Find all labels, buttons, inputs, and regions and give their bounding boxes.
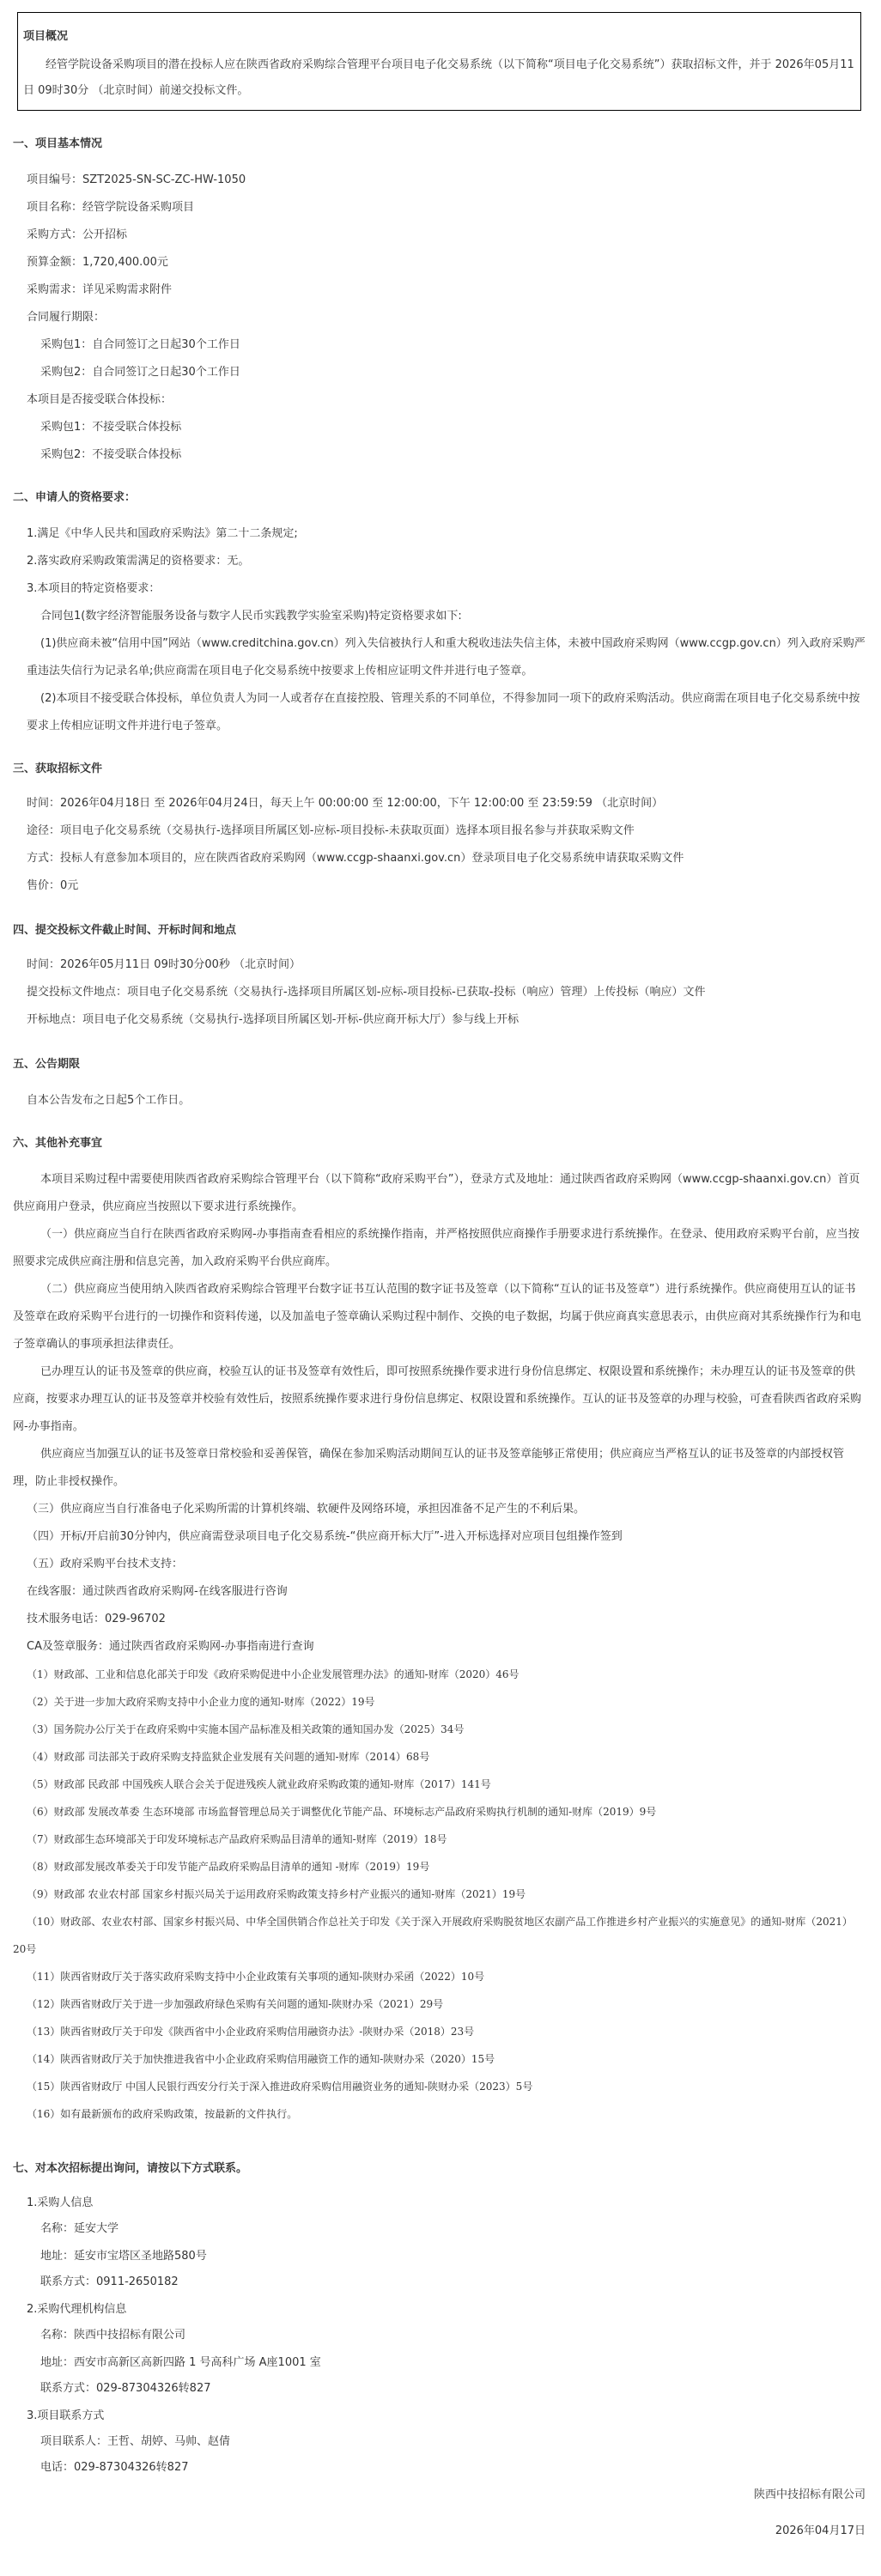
project-phone: 电话：029-87304326转827 (40, 2459, 189, 2476)
policy-item: （15）陕西省财政厅 中国人民银行西安分行关于深入推进政府采购信用融资业务的通知… (27, 2078, 532, 2095)
purchaser-info-label: 1.采购人信息 (27, 2195, 93, 2212)
procurement-requirement: 采购需求：详见采购需求附件 (27, 282, 172, 299)
procurement-method: 采购方式：公开招标 (27, 227, 127, 244)
policy-item: （8）财政部发展改革委关于印发节能产品政府采购品目清单的通知 -财库（2019）… (27, 1858, 429, 1875)
project-summary-box: 项目概况 经管学院设备采购项目的潜在投标人应在陕西省政府采购综合管理平台项目电子… (17, 12, 861, 111)
section-heading-notice-period: 五、公告期限 (13, 1056, 80, 1073)
document-price: 售价：0元 (27, 878, 78, 895)
obtain-route: 途径：项目电子化交易系统（交易执行-选择项目所属区划-应标-项目投标-未获取页面… (27, 823, 635, 840)
section-heading-contact: 七、对本次招标提出询问，请按以下方式联系。 (13, 2160, 247, 2178)
policy-item: （14）陕西省财政厅关于加快推进我省中小企业政府采购信用融资工作的通知-陕财办采… (27, 2050, 495, 2068)
project-contact-label: 3.项目联系方式 (27, 2408, 104, 2425)
agency-info-label: 2.采购代理机构信息 (27, 2301, 126, 2318)
deadline-time: 时间：2026年05月11日 09时30分00秒 （北京时间） (27, 957, 301, 974)
online-service: 在线客服：通过陕西省政府采购网-在线客服进行咨询 (27, 1583, 288, 1601)
other-item-2: （二）供应商应当使用纳入陕西省政府采购综合管理平台数字证书互认范围的数字证书及签… (13, 1276, 866, 1358)
platform-intro: 本项目采购过程中需要使用陕西省政府采购综合管理平台（以下简称“政府采购平台”），… (13, 1166, 866, 1221)
other-item-1: （一）供应商应当自行在陕西省政府采购网-办事指南查看相应的系统操作指南，并严格按… (13, 1221, 866, 1276)
contract-period-package-2: 采购包2：自合同签订之日起30个工作日 (40, 364, 240, 381)
budget-amount: 预算金额：1,720,400.00元 (27, 254, 168, 271)
policy-item: （11）陕西省财政厅关于落实政府采购支持中小企业政策有关事项的通知-陕财办采函（… (27, 1968, 484, 1985)
policy-item: （10）财政部、农业农村部、国家乡村振兴局、中华全国供销合作总社关于印发《关于深… (13, 1908, 866, 1963)
package-1-requirements-label: 合同包1(数字经济智能服务设备与数字人民币实践教学实验室采购)特定资格要求如下: (40, 608, 462, 625)
policy-item: （7）财政部生态环境部关于印发环境标志产品政府采购品目清单的通知-财库（2019… (27, 1831, 447, 1848)
other-item-5: （五）政府采购平台技术支持： (27, 1556, 183, 1573)
qualification-item-1: 1.满足《中华人民共和国政府采购法》第二十二条规定; (27, 526, 298, 543)
other-item-2-custody: 供应商应当加强互认的证书及签章日常校验和妥善保管，确保在参加采购活动期间互认的证… (13, 1441, 866, 1496)
qualification-item-2: 2.落实政府采购政策需满足的资格要求：无。 (27, 553, 249, 570)
agency-name: 名称：陕西中技招标有限公司 (40, 2327, 185, 2344)
section-heading-basic-info: 一、项目基本情况 (13, 136, 102, 153)
obtain-method: 方式：投标人有意参加本项目的，应在陕西省政府采购网（www.ccgp-shaan… (27, 850, 684, 867)
policy-item: （4）财政部 司法部关于政府采购支持监狱企业发展有关问题的通知-财库（2014）… (27, 1748, 429, 1765)
requirement-1: (1)供应商未被“信用中国”网站（www.creditchina.gov.cn）… (27, 630, 866, 685)
submit-place: 提交投标文件地点：项目电子化交易系统（交易执行-选择项目所属区划-应标-项目投标… (27, 984, 705, 1001)
project-name: 项目名称：经管学院设备采购项目 (27, 199, 194, 216)
summary-text: 经管学院设备采购项目的潜在投标人应在陕西省政府采购综合管理平台项目电子化交易系统… (23, 52, 855, 104)
project-number: 项目编号：SZT2025-SN-SC-ZC-HW-1050 (27, 172, 246, 189)
section-heading-other-matters: 六、其他补充事宜 (13, 1135, 102, 1152)
obtain-time: 时间：2026年04月18日 至 2026年04月24日，每天上午 00:00:… (27, 795, 663, 812)
purchaser-contact: 联系方式：0911-2650182 (40, 2274, 179, 2291)
policy-item: （3）国务院办公厅关于在政府采购中实施本国产品标准及相关政策的通知国办发（202… (27, 1721, 464, 1738)
other-item-4: （四）开标/开启前30分钟内，供应商需登录项目电子化交易系统-“供应商开标大厅”… (27, 1528, 623, 1546)
purchaser-address: 地址：延安市宝塔区圣地路580号 (40, 2248, 207, 2265)
other-item-2-cert: 已办理互认的证书及签章的供应商，校验互认的证书及签章有效性后，即可按照系统操作要… (13, 1358, 866, 1441)
opening-place: 开标地点：项目电子化交易系统（交易执行-选择项目所属区划-开标-供应商开标大厅）… (27, 1012, 519, 1029)
consortium-label: 本项目是否接受联合体投标： (27, 392, 172, 409)
tech-phone: 技术服务电话：029-96702 (27, 1611, 166, 1628)
contract-period-package-1: 采购包1：自合同签订之日起30个工作日 (40, 337, 240, 354)
contract-period-label: 合同履行期限： (27, 309, 105, 326)
section-heading-deadline: 四、提交投标文件截止时间、开标时间和地点 (13, 922, 236, 939)
policy-item: （5）财政部 民政部 中国残疾人联合会关于促进残疾人就业政府采购政策的通知-财库… (27, 1776, 491, 1793)
summary-title: 项目概况 (23, 28, 855, 52)
policy-item: （12）陕西省财政厅关于进一步加强政府绿色采购有关问题的通知-陕财办采（2021… (27, 1996, 443, 2013)
agency-contact: 联系方式：029-87304326转827 (40, 2380, 211, 2397)
project-contact-person: 项目联系人：王哲、胡婷、马帅、赵倩 (40, 2433, 230, 2451)
consortium-package-1: 采购包1：不接受联合体投标 (40, 419, 181, 436)
other-item-3: （三）供应商应当自行准备电子化采购所需的计算机终端、软硬件及网络环境，承担因准备… (27, 1501, 585, 1518)
signature-company: 陕西中技招标有限公司 (754, 2487, 866, 2504)
policy-item: （6）财政部 发展改革委 生态环境部 市场监督管理总局关于调整优化节能产品、环境… (27, 1803, 656, 1820)
policy-item: （16）如有最新颁布的政府采购政策，按最新的文件执行。 (27, 2105, 297, 2123)
qualification-item-3: 3.本项目的特定资格要求： (27, 580, 160, 598)
policy-item: （2）关于进一步加大政府采购支持中小企业力度的通知-财库（2022）19号 (27, 1693, 375, 1710)
section-heading-obtain-documents: 三、获取招标文件 (13, 761, 102, 778)
policy-item: （13）陕西省财政厅关于印发《陕西省中小企业政府采购信用融资办法》-陕财办采（2… (27, 2023, 474, 2040)
ca-service: CA及签章服务：通过陕西省政府采购网-办事指南进行查询 (27, 1638, 314, 1656)
signature-date: 2026年04月17日 (775, 2523, 866, 2540)
policy-item: （9）财政部 农业农村部 国家乡村振兴局关于运用政府采购政策支持乡村产业振兴的通… (27, 1886, 526, 1903)
policy-item: （1）财政部、工业和信息化部关于印发《政府采购促进中小企业发展管理办法》的通知-… (27, 1666, 519, 1683)
agency-address: 地址：西安市高新区高新四路 1 号高科广场 A座1001 室 (40, 2354, 321, 2372)
requirement-2: (2)本项目不接受联合体投标，单位负责人为同一人或者存在直接控股、管理关系的不同… (27, 685, 866, 740)
consortium-package-2: 采购包2：不接受联合体投标 (40, 447, 181, 464)
section-heading-qualifications: 二、申请人的资格要求： (13, 489, 136, 507)
purchaser-name: 名称：延安大学 (40, 2221, 118, 2238)
notice-period-text: 自本公告发布之日起5个工作日。 (27, 1092, 190, 1109)
